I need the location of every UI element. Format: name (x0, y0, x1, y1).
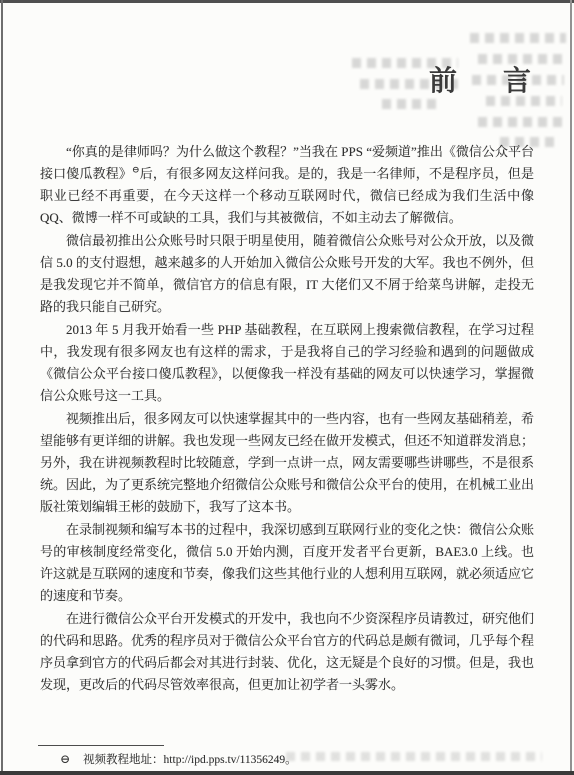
scan-edge-top (0, 0, 574, 3)
scan-edge-right (570, 0, 572, 775)
footnote-ref-marker: ⊖ (132, 165, 140, 175)
page-title: 前 言 (429, 64, 540, 98)
footnote: ⊖视频教程地址：http://ipd.pps.tv/11356249。 (40, 750, 540, 769)
paragraph-1: “你真的是律师吗？为什么做这个教程？”当我在 PPS “爱频道”推出《微信公众平… (40, 141, 534, 229)
scan-edge-left (1, 0, 3, 775)
scanned-book-page: 前 言 “你真的是律师吗？为什么做这个教程？”当我在 PPS “爱频道”推出《微… (0, 0, 574, 775)
paragraph-4: 视频推出后，很多网友可以快速掌握其中的一些内容，也有一些网友基础稍差，希望能够有… (40, 408, 534, 518)
bleed-through-text (478, 54, 566, 64)
paragraph-3: 2013 年 5 月我开始看一些 PHP 基础教程，在互联网上搜索微信教程，在学… (40, 319, 534, 407)
bleed-through-text (478, 117, 562, 127)
bleed-through-text (470, 33, 566, 43)
paragraph-5: 在录制视频和编写本书的过程中，我深切感到互联网行业的变化之快：微信公众账号的审核… (40, 519, 534, 607)
paragraph-6: 在进行微信公众平台开发模式的开发中，我也向不少资深程序员请教过，研究他们的代码和… (40, 608, 534, 696)
footnote-divider (38, 745, 164, 746)
bleed-through-text (382, 99, 440, 109)
footnote-marker: ⊖ (60, 750, 70, 768)
footnote-text: 视频教程地址：http://ipd.pps.tv/11356249。 (83, 754, 297, 766)
scan-edge-bottom (0, 771, 574, 775)
preface-body: “你真的是律师吗？为什么做这个教程？”当我在 PPS “爱频道”推出《微信公众平… (40, 141, 534, 697)
paragraph-2: 微信最初推出公众账号时只限于明星使用，随着微信公众账号对公众开放，以及微信 5.… (40, 230, 534, 318)
